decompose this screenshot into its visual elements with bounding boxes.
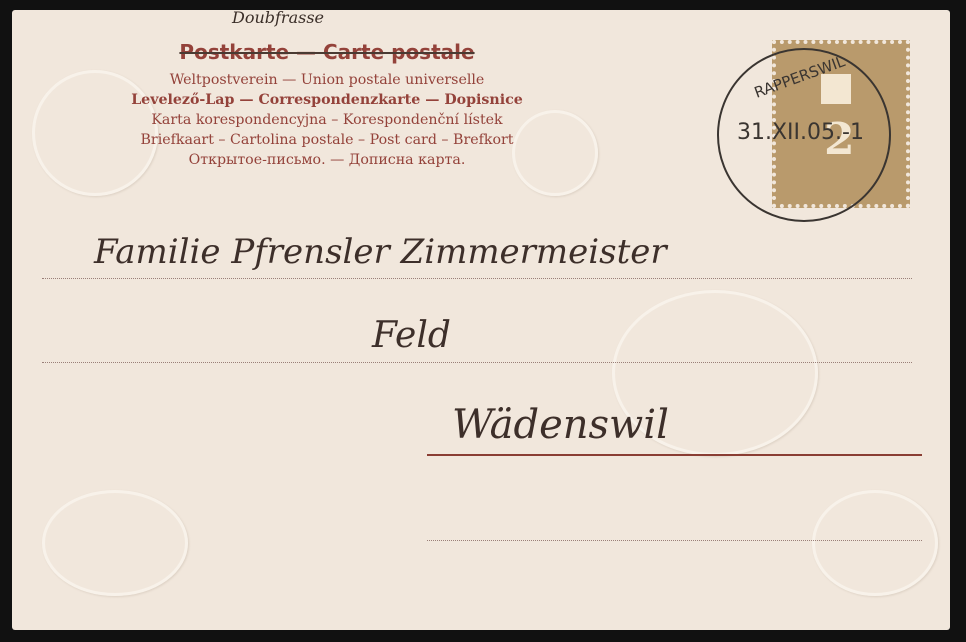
address-rule [427,540,922,541]
postmark-date: 31.XII.05.-1 [737,120,864,145]
address-line-2: Feld [372,315,451,356]
address-rule [42,278,912,279]
address-line-1: Familie Pfrensler Zimmermeister [94,232,667,272]
printed-header: Postkarte — Carte postale Weltpostverein… [92,40,562,170]
embossed-ornament [812,490,938,596]
header-line: Weltpostverein — Union postale universel… [92,70,562,90]
address-line-3: Wädenswil [452,402,669,448]
sender-note: Doubfrasse [232,10,324,27]
postcard: Doubfrasse Postkarte — Carte postale Wel… [12,10,950,630]
header-line: Briefkaart – Cartolina postale – Post ca… [92,130,562,150]
postcard-title: Postkarte — Carte postale [92,40,562,64]
header-line: Levelező-Lap — Correspondenzkarte — Dopi… [92,90,562,110]
address-rule [427,454,922,456]
embossed-ornament [42,490,188,596]
header-line: Открытое-письмо. — Дописна карта. [92,150,562,170]
header-line: Karta korespondencyjna – Korespondenční … [92,110,562,130]
address-rule [42,362,912,363]
